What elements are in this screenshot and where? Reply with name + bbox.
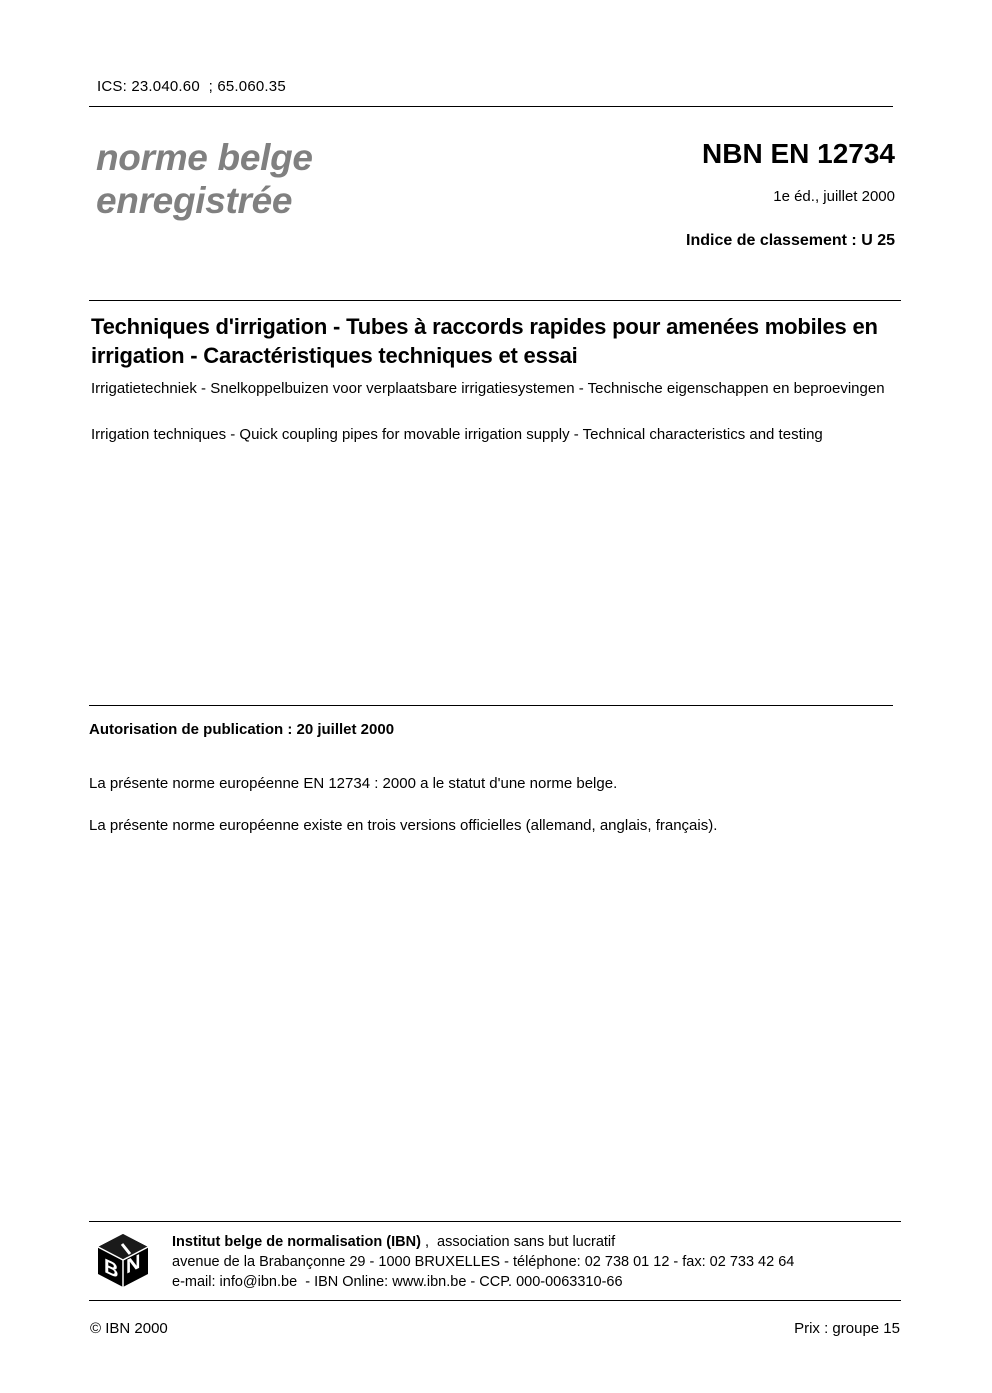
versions-statement: La présente norme européenne existe en t… [89,817,717,834]
email-label: e-mail: [172,1274,220,1290]
institute-contact-line: e-mail: info@ibn.be - IBN Online: www.ib… [172,1272,794,1292]
classification-index: Indice de classement : U 25 [686,232,895,250]
institute-info: Institut belge de normalisation (IBN) , … [172,1232,794,1292]
header-divider [89,106,893,107]
norme-line-2: enregistrée [96,179,313,222]
norme-belge-heading: norme belge enregistrée [96,136,313,222]
ccp-number: - CCP. 000-0063310-66 [466,1274,622,1290]
email-link[interactable]: info@ibn.be [220,1274,298,1290]
title-english: Irrigation techniques - Quick coupling p… [91,425,891,445]
footer-divider-top [89,1221,901,1222]
edition-date: 1e éd., juillet 2000 [773,188,895,205]
footer-divider-bottom [89,1300,901,1301]
institute-suffix: , association sans but lucratif [421,1234,615,1250]
title-french: Techniques d'irrigation - Tubes à raccor… [91,312,891,370]
institute-name-line: Institut belge de normalisation (IBN) , … [172,1232,794,1252]
title-divider-top [89,300,901,301]
standard-number: NBN EN 12734 [702,138,895,170]
title-dutch: Irrigatietechniek - Snelkoppelbuizen voo… [91,379,891,399]
price-group: Prix : groupe 15 [794,1320,900,1337]
copyright: © IBN 2000 [90,1320,168,1337]
publication-authorisation: Autorisation de publication : 20 juillet… [89,721,394,738]
website-link[interactable]: www.ibn.be [392,1274,466,1290]
institute-address: avenue de la Brabançonne 29 - 1000 BRUXE… [172,1252,794,1272]
publication-divider [89,705,893,706]
norme-line-1: norme belge [96,136,313,179]
status-statement: La présente norme européenne EN 12734 : … [89,775,617,792]
institute-name: Institut belge de normalisation (IBN) [172,1234,421,1250]
ibn-logo-icon: B N [96,1232,150,1288]
ics-codes: ICS: 23.040.60 ; 65.060.35 [97,78,286,95]
online-label: - IBN Online: [297,1274,392,1290]
